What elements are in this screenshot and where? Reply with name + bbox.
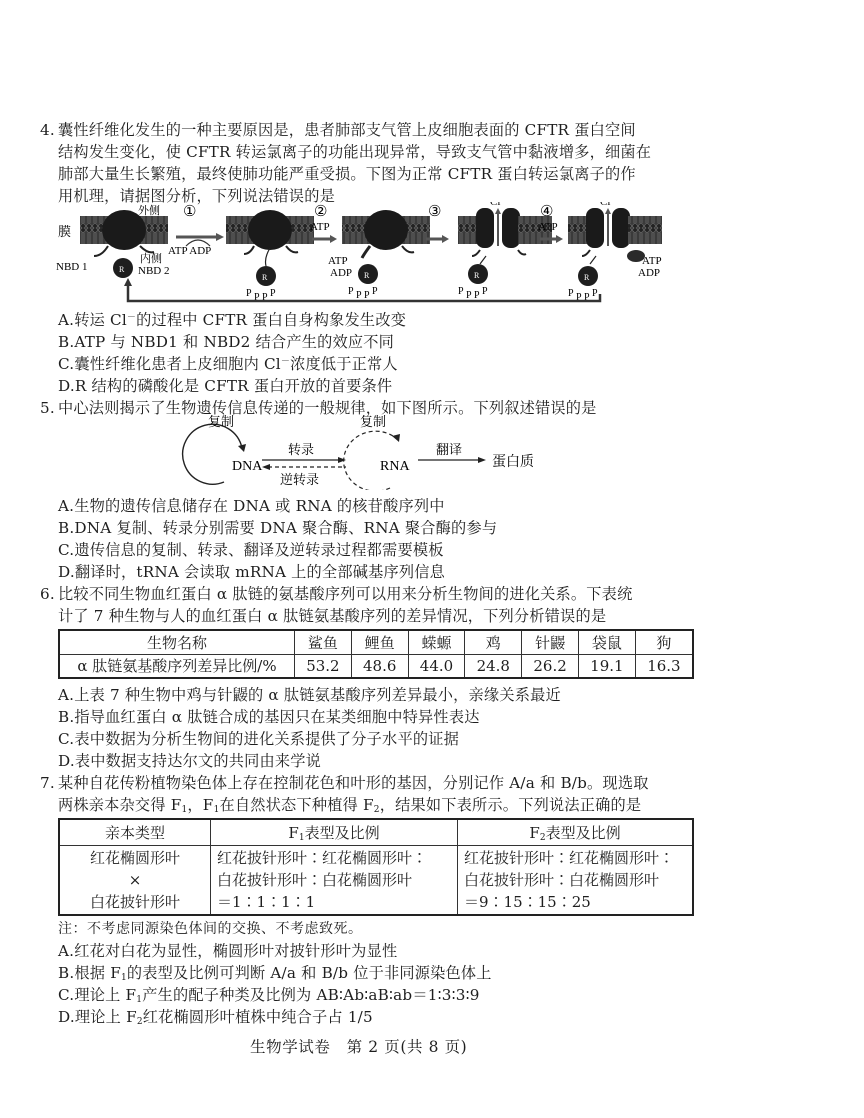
svg-text:ADP: ADP (330, 267, 352, 279)
q4-stem-line-1: 囊性纤维化发生的一种主要原因是，患者肺部支气管上皮细胞表面的 CFTR 蛋白空间 (58, 119, 636, 141)
svg-text:膜: 膜 (58, 224, 71, 239)
organism-cell: 鲨鱼 (295, 630, 352, 654)
svg-text:-: - (502, 202, 505, 203)
svg-text:P: P (356, 290, 362, 301)
svg-text:P: P (466, 290, 472, 301)
value-cell: 53.2 (295, 654, 352, 678)
page-footer: 生物学试卷 第 2 页(共 8 页) (250, 1035, 467, 1057)
parent-cell: 红花椭圆形叶 × 白花披针形叶 (59, 845, 211, 915)
header-f1: F1表型及比例 (211, 819, 458, 845)
dna-label: DNA (232, 459, 263, 474)
q7-option-d[interactable]: D.理论上 F2红花椭圆形叶植株中纯合子占 1/5 (58, 1006, 373, 1028)
svg-text:ATP: ATP (310, 221, 330, 233)
svg-text:R: R (364, 271, 370, 280)
svg-text:NBD 2: NBD 2 (138, 265, 169, 277)
row-header: 生物名称 (59, 630, 295, 654)
value-cell: 26.2 (522, 654, 579, 678)
table-row: 红花椭圆形叶 × 白花披针形叶 红花披针形叶∶红花椭圆形叶∶ 白花披针形叶∶白花… (59, 845, 693, 915)
value-cell: 16.3 (635, 654, 693, 678)
q4-stem-line-3: 肺部大量生长繁殖，最终使肺功能严重受损。下图为正常 CFTR 蛋白转运氯离子的作 (58, 163, 636, 185)
q5-number: 5. (40, 397, 55, 419)
svg-text:R: R (584, 273, 590, 282)
svg-text:P: P (568, 288, 574, 299)
q4-option-a[interactable]: A.转运 Cl－的过程中 CFTR 蛋白自身构象发生改变 (58, 309, 406, 331)
q5-option-d[interactable]: D.翻译时，tRNA 会读取 mRNA 上的全部碱基序列信息 (58, 561, 445, 583)
transcription-label: 转录 (288, 442, 314, 457)
svg-text:P: P (270, 288, 276, 299)
q7-number: 7. (40, 772, 55, 794)
q6-number: 6. (40, 583, 55, 605)
organism-cell: 鲤鱼 (351, 630, 408, 654)
q7-stem-line-2: 两株亲本杂交得 F1，F1在自然状态下种植得 F2，结果如下表所示。下列说法正确… (58, 794, 641, 816)
value-cell: 19.1 (578, 654, 635, 678)
genetics-cross-table: 亲本类型 F1表型及比例 F2表型及比例 红花椭圆形叶 × 白花披针形叶 红花披… (58, 818, 694, 916)
svg-text:ATP: ATP (642, 255, 662, 267)
cftr-state-2: R P P P P (226, 210, 314, 303)
q6-stem-line-2: 计了 7 种生物与人的血红蛋白 α 肽链氨基酸序列的差异情况，下列分析错误的是 (58, 605, 606, 627)
svg-text:P: P (246, 288, 252, 299)
svg-text:内侧: 内侧 (140, 251, 162, 265)
table-header-row: 亲本类型 F1表型及比例 F2表型及比例 (59, 819, 693, 845)
q7-note: 注：不考虑同源染色体间的交换、不考虑致死。 (58, 918, 363, 940)
svg-text:①: ① (183, 204, 196, 220)
organism-cell: 鸡 (465, 630, 522, 654)
svg-text:P: P (592, 288, 598, 299)
svg-text:Cl: Cl (600, 202, 610, 208)
q4-option-d[interactable]: D.R 结构的磷酸化是 CFTR 蛋白开放的首要条件 (58, 375, 392, 397)
q4-option-b[interactable]: B.ATP 与 NBD1 和 NBD2 结合产生的效应不同 (58, 331, 394, 353)
value-cell: 44.0 (408, 654, 465, 678)
svg-text:P: P (458, 286, 464, 297)
central-dogma-diagram: 复制 DNA 转录 逆转录 复制 RNA 翻译 蛋白质 (180, 412, 560, 490)
svg-text:P: P (372, 286, 378, 297)
svg-text:P: P (474, 290, 480, 301)
q7-option-c[interactable]: C.理论上 F1产生的配子种类及比例为 AB∶Ab∶aB∶ab＝1∶3∶3∶9 (58, 984, 480, 1006)
q6-stem-line-1: 比较不同生物血红蛋白 α 肽链的氨基酸序列可以用来分析生物间的进化关系。下表统 (58, 583, 632, 605)
q5-option-c[interactable]: C.遗传信息的复制、转录、翻译及逆转录过程都需要模板 (58, 539, 444, 561)
reverse-transcription-label: 逆转录 (280, 472, 319, 487)
svg-text:④: ④ (540, 204, 553, 220)
svg-text:P: P (348, 286, 354, 297)
q6-option-b[interactable]: B.指导血红蛋白 α 肽链合成的基因只在某类细胞中特异性表达 (58, 706, 480, 728)
svg-text:ATP ADP: ATP ADP (168, 245, 211, 257)
table-header-row: 生物名称 鲨鱼 鲤鱼 蝾螈 鸡 针鼹 袋鼠 狗 (59, 630, 693, 654)
svg-text:ATP: ATP (538, 221, 558, 233)
q7-stem-line-1: 某种自花传粉植物染色体上存在控制花色和叶形的基因，分别记作 A/a 和 B/b。… (58, 772, 649, 794)
rna-label: RNA (380, 459, 410, 474)
exam-page: 4. 囊性纤维化发生的一种主要原因是，患者肺部支气管上皮细胞表面的 CFTR 蛋… (0, 0, 864, 1118)
cftr-state-4: Cl - R P P P P (458, 202, 552, 301)
q4-stem-line-2: 结构发生变化，使 CFTR 转运氯离子的功能出现异常，导致支气管中黏液增多，细菌… (58, 141, 651, 163)
f1-cell: 红花披针形叶∶红花椭圆形叶∶ 白花披针形叶∶白花椭圆形叶 ＝1∶1∶1∶1 (211, 845, 458, 915)
cftr-mechanism-diagram: 膜 外侧 R 内侧 NBD 1 NBD 2 ① ATP ADP (56, 202, 696, 306)
svg-text:P: P (364, 290, 370, 301)
protein-label: 蛋白质 (492, 454, 534, 470)
cftr-state-1: 膜 外侧 R 内侧 NBD 1 NBD 2 (56, 203, 169, 278)
cftr-state-3: ATP ADP R P P P P (328, 210, 430, 301)
q4-number: 4. (40, 119, 55, 141)
rna-replication-label: 复制 (360, 414, 386, 429)
svg-text:ATP: ATP (328, 255, 348, 267)
q5-option-b[interactable]: B.DNA 复制、转录分别需要 DNA 聚合酶、RNA 聚合酶的参与 (58, 517, 497, 539)
svg-text:②: ② (314, 204, 327, 220)
svg-text:Cl: Cl (490, 202, 500, 208)
svg-text:③: ③ (428, 204, 441, 220)
svg-text:-: - (612, 202, 615, 203)
value-cell: 48.6 (351, 654, 408, 678)
organism-cell: 袋鼠 (578, 630, 635, 654)
svg-text:R: R (474, 271, 480, 280)
organism-cell: 狗 (635, 630, 693, 654)
value-cell: 24.8 (465, 654, 522, 678)
svg-text:ADP: ADP (638, 267, 660, 279)
organism-cell: 蝾螈 (408, 630, 465, 654)
q7-option-b[interactable]: B.根据 F1的表型及比例可判断 A/a 和 B/b 位于非同源染色体上 (58, 962, 492, 984)
q6-option-c[interactable]: C.表中数据为分析生物间的进化关系提供了分子水平的证据 (58, 728, 459, 750)
translation-label: 翻译 (436, 442, 462, 457)
q6-option-d[interactable]: D.表中数据支持达尔文的共同由来学说 (58, 750, 321, 772)
hemoglobin-difference-table: 生物名称 鲨鱼 鲤鱼 蝾螈 鸡 针鼹 袋鼠 狗 α 肽链氨基酸序列差异比例/% … (58, 629, 694, 679)
svg-text:外侧: 外侧 (138, 203, 160, 217)
organism-cell: 针鼹 (522, 630, 579, 654)
f2-cell: 红花披针形叶∶红花椭圆形叶∶ 白花披针形叶∶白花椭圆形叶 ＝9∶15∶15∶25 (458, 845, 694, 915)
svg-text:R: R (119, 265, 125, 274)
q6-option-a[interactable]: A.上表 7 种生物中鸡与针鼹的 α 肽链氨基酸序列差异最小，亲缘关系最近 (58, 684, 561, 706)
svg-text:P: P (482, 286, 488, 297)
header-parent-type: 亲本类型 (59, 819, 211, 845)
dna-replication-label: 复制 (208, 414, 234, 429)
q5-option-a[interactable]: A.生物的遗传信息储存在 DNA 或 RNA 的核苷酸序列中 (58, 495, 445, 517)
svg-text:NBD 1: NBD 1 (56, 261, 87, 273)
q7-option-a[interactable]: A.红花对白花为显性，椭圆形叶对披针形叶为显性 (58, 940, 397, 962)
cftr-state-5: Cl - ATP ADP R P P P P (568, 202, 662, 303)
q4-option-c[interactable]: C.囊性纤维化患者上皮细胞内 Cl－浓度低于正常人 (58, 353, 398, 375)
table-row: α 肽链氨基酸序列差异比例/% 53.2 48.6 44.0 24.8 26.2… (59, 654, 693, 678)
header-f2: F2表型及比例 (458, 819, 694, 845)
svg-text:R: R (262, 273, 268, 282)
row-header: α 肽链氨基酸序列差异比例/% (59, 654, 295, 678)
